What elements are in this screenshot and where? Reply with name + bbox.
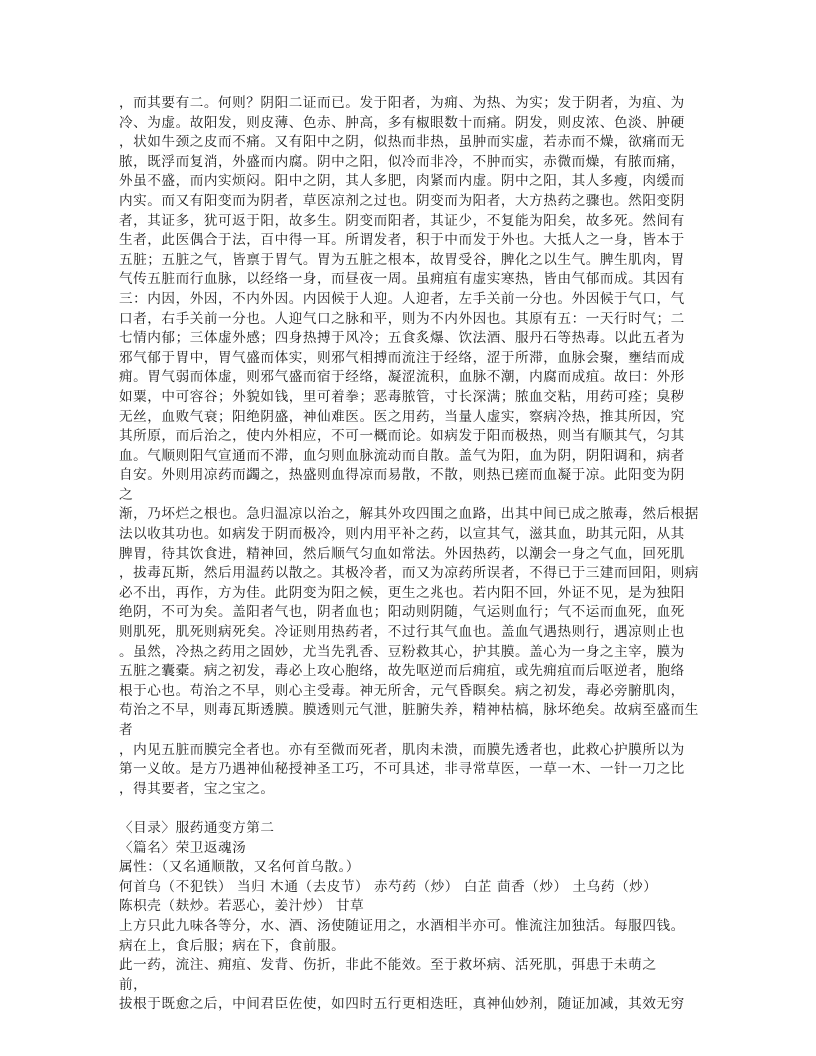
text-line: 此一药，流注、痈疽、发背、伤折，非此不能效。至于救坏病、活死肌，弭患于未萌之 (119, 956, 719, 976)
text-line: 者 (119, 721, 719, 741)
text-line: 七情内郁；三体虚外感；四身热搏于风冷；五食炙爆、饮法酒、服丹石等热毒。以此五者为 (119, 329, 719, 349)
section-title: 〈篇名〉荣卫返魂汤 (119, 839, 719, 859)
text-line: 生者，此医偶合于法，百中得一耳。所谓发者，积于中而发于外也。大抵人之一身，皆本于 (119, 231, 719, 251)
text-line: 如粟，中可容谷；外貌如钱，里可着拳；恶毒脓管，寸长深满；脓血交粘，用药可痊；臭秽 (119, 388, 719, 408)
text-line: ，状如牛颈之皮而不痛。又有阳中之阴，似热而非热，虽肿而实虚，若赤而不燥，欲痛而无 (119, 133, 719, 153)
text-line: 脓，既浮而复消，外盛而内腐。阴中之阳，似冷而非冷，不肿而实，赤微而燥，有脓而痛， (119, 153, 719, 173)
text-line: 无丝，血败气衰；阳绝阴盛，神仙难医。医之用药，当量人虚实，察病冷热，推其所因，究 (119, 408, 719, 428)
attribute-line: 属性：（又名通顺散，又名何首乌散。） (119, 858, 719, 878)
text-line: 苟治之不早，则毒瓦斯透膜。膜透则元气泄，脏腑失养，精神枯槁，脉坏绝矣。故病至盛而… (119, 701, 719, 721)
text-line: 脾胃，待其饮食进，精神回，然后顺气匀血如常法。外因热药，以潮会一身之气血，回死肌 (119, 545, 719, 565)
ingredients-line: 何首乌（不犯铁） 当归 木通（去皮节） 赤芍药（炒） 白芷 茴香（炒） 土乌药（… (119, 878, 719, 898)
text-line: 。虽然，冷热之药用之固妙，尤当先乳香、豆粉救其心，护其膜。盖心为一身之主宰，膜为 (119, 643, 719, 663)
ingredients-line: 陈枳壳（麸炒。若恶心，姜汁炒） 甘草 (119, 897, 719, 917)
text-line: 根于心也。苟治之不早，则心主受毒。神无所舍，元气昏瞑矣。病之初发，毒必旁腑肌肉， (119, 682, 719, 702)
spacer (119, 799, 719, 819)
text-line: 自安。外则用凉药而蠲之，热盛则血得凉而易散，不散，则热已瘥而血凝于凉。此阳变为阴 (119, 466, 719, 486)
text-line: 痈。胃气弱而体虚，则邪气盛而宿于经络，凝涩流积，血脉不潮，内腐而成疽。故曰：外形 (119, 368, 719, 388)
text-line: 法以收其功也。如病发于阴而极冷，则内用平补之药，以宣其气，滋其血，助其元阳，从其 (119, 525, 719, 545)
text-line: 五脏；五脏之气，皆禀于胃气。胃为五脏之根本，故胃受谷，脾化之以生气。脾生肌肉，胃 (119, 251, 719, 271)
text-line: 气传五脏而行血脉，以经络一身，而昼夜一周。虽痈疽有虚实寒热，皆由气郁而成。其因有 (119, 270, 719, 290)
text-line: 五脏之囊橐。病之初发，毒必上攻心胞络，故先呕逆而后痈疽，或先痈疽而后呕逆者，胞络 (119, 662, 719, 682)
text-line: 之 (119, 486, 719, 506)
text-line: 冷、为虚。故阳发，则皮薄、色赤、肿高，多有椒眼数十而痛。阴发，则皮浓、色淡、肿硬 (119, 114, 719, 134)
text-line: 血。气顺则阳气宣通而不滞，血匀则血脉流动而自散。盖气为阳，血为阴，阴阳调和，病者 (119, 447, 719, 467)
usage-text: 上方只此九味各等分，水、酒、汤使随证用之，水酒相半亦可。惟流注加独活。每服四钱。… (119, 917, 719, 1015)
text-line: 上方只此九味各等分，水、酒、汤使随证用之，水酒相半亦可。惟流注加独活。每服四钱。 (119, 917, 719, 937)
text-line: ，拔毒瓦斯，然后用温药以散之。其极冷者，而又为凉药所误者，不得已于三建而回阳，则… (119, 564, 719, 584)
text-line: 三：内因，外因，不内外因。内因候于人迎。人迎者，左手关前一分也。外因候于气口，气 (119, 290, 719, 310)
text-line: 内实。而又有阳变而为阴者，草医凉剂之过也。阴变而为阳者，大方热药之骤也。然阳变阴 (119, 192, 719, 212)
text-line: 病在上，食后服；病在下，食前服。 (119, 937, 719, 957)
catalog-heading: 〈目录〉服药通变方第二 (119, 819, 719, 839)
body-text: ，而其要有二。何则？阴阳二证而已。发于阳者，为痈、为热、为实；发于阴者，为疽、为… (119, 94, 719, 799)
text-line: 前， (119, 976, 719, 996)
text-line: 邪气郁于胃中，胃气盛而体实，则邪气相搏而流注于经络，涩于所滞，血脉会聚，壅结而成 (119, 349, 719, 369)
text-line: 拔根于既愈之后，中间君臣佐使，如四时五行更相迭旺，真神仙妙剂，随证加减，其效无穷 (119, 995, 719, 1015)
text-line: 必不出，再作，方为佳。此阴变为阳之候，更生之兆也。若内阳不回，外证不见，是为独阳 (119, 584, 719, 604)
text-line: 则肌死，肌死则病死矣。冷证则用热药者，不过行其气血也。盖血气遇热则行，遇凉则止也 (119, 623, 719, 643)
text-line: ，而其要有二。何则？阴阳二证而已。发于阳者，为痈、为热、为实；发于阴者，为疽、为 (119, 94, 719, 114)
text-line: ，内见五脏而膜完全者也。亦有至微而死者，肌肉未溃，而膜先透者也，此救心护膜所以为 (119, 741, 719, 761)
text-line: 渐，乃坏烂之根也。急归温凉以治之，解其外攻四围之血路，出其中间已成之脓毒，然后根… (119, 505, 719, 525)
text-line: 绝阴，不可为矣。盖阳者气也，阴者血也；阳动则阴随，气运则血行；气不运而血死，血死 (119, 603, 719, 623)
text-line: 外虽不盛，而内实烦闷。阳中之阴，其人多肥，肉紧而内虚。阴中之阳，其人多瘦，肉缓而 (119, 172, 719, 192)
text-line: ，得其要者，宝之宝之。 (119, 780, 719, 800)
text-line: 其所原，而后治之，使内外相应，不可一概而论。如病发于阳而极热，则当有顺其气，匀其 (119, 427, 719, 447)
text-line: 口者，右手关前一分也。人迎气口之脉和平，则为不内外因也。其原有五：一天行时气；二 (119, 310, 719, 330)
document-page: ，而其要有二。何则？阴阳二证而已。发于阳者，为痈、为热、为实；发于阴者，为疽、为… (119, 94, 719, 1015)
text-line: 第一义敀。是方乃遇神仙秘授神圣工巧，不可具述，非寻常草医，一草一木、一针一刀之比 (119, 760, 719, 780)
text-line: 者，其证多，犹可返于阳，故多生。阴变而阳者，其证少，不复能为阳矣，故多死。然间有 (119, 212, 719, 232)
